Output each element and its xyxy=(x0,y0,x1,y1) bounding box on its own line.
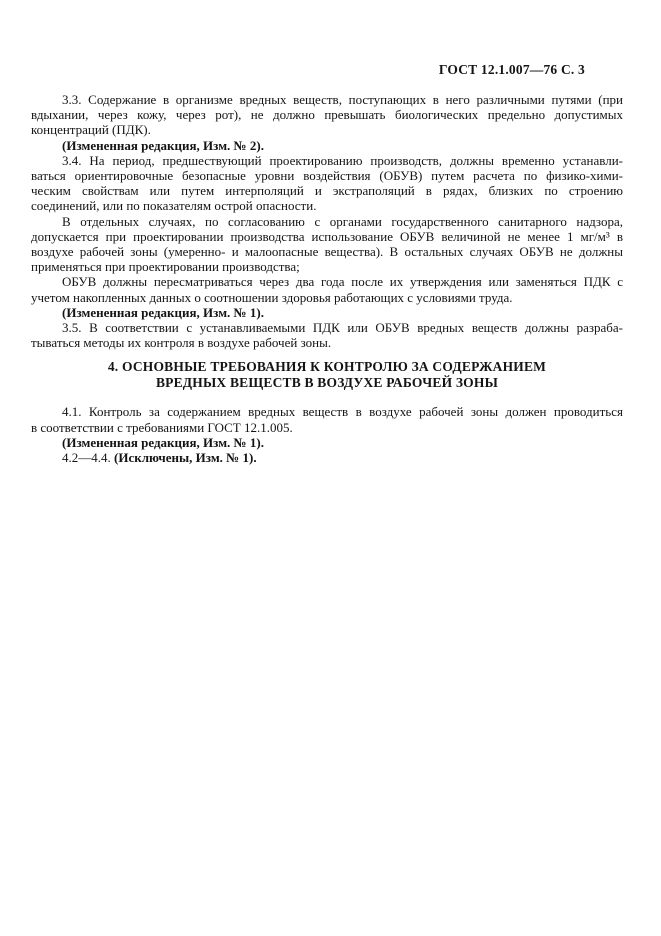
document-page: ГОСТ 12.1.007—76 С. 3 3.3. Содержание в … xyxy=(0,0,661,936)
paragraph-line: концентраций (ПДК). xyxy=(31,122,623,137)
amendment-note: (Измененная редакция, Изм. № 1). xyxy=(31,435,623,450)
paragraph-line: ческим свойствам или путем интерполяций … xyxy=(31,183,623,198)
amendment-note: (Измененная редакция, Изм. № 1). xyxy=(31,305,623,320)
amendment-note: (Измененная редакция, Изм. № 2). xyxy=(31,138,623,153)
paragraph-line: 3.3. Содержание в организме вредных веще… xyxy=(31,92,623,107)
paragraph-line: учетом накопленных данных о соотношении … xyxy=(31,290,623,305)
page-content: ГОСТ 12.1.007—76 С. 3 3.3. Содержание в … xyxy=(31,62,623,465)
paragraph-line: ОБУВ должны пересматриваться через два г… xyxy=(31,274,623,289)
paragraph-line: 4.1. Контроль за содержанием вредных вещ… xyxy=(31,404,623,419)
paragraph-line: применяться при проектировании производс… xyxy=(31,259,623,274)
page-header-doc-ref: ГОСТ 12.1.007—76 С. 3 xyxy=(31,62,623,78)
section-4-heading-line-2: ВРЕДНЫХ ВЕЩЕСТВ В ВОЗДУХЕ РАБОЧЕЙ ЗОНЫ xyxy=(31,375,623,391)
paragraph-line: соединений, или по показателям острой оп… xyxy=(31,198,623,213)
paragraph-line: 3.5. В соответствии с устанавливаемыми П… xyxy=(31,320,623,335)
paragraph-line: допускается при проектировании производс… xyxy=(31,229,623,244)
section-4-heading-line-1: 4. ОСНОВНЫЕ ТРЕБОВАНИЯ К КОНТРОЛЮ ЗА СОД… xyxy=(31,359,623,375)
paragraph-line: вдыхании, через кожу, через рот), не дол… xyxy=(31,107,623,122)
paragraph-line: В отдельных случаях, по согласованию с о… xyxy=(31,214,623,229)
paragraph-line: воздухе рабочей зоны (умеренно- и малооп… xyxy=(31,244,623,259)
paragraph-line: в соответствии с требованиями ГОСТ 12.1.… xyxy=(31,420,623,435)
section-4-heading: 4. ОСНОВНЫЕ ТРЕБОВАНИЯ К КОНТРОЛЮ ЗА СОД… xyxy=(31,359,623,390)
paragraph-line: тываться методы их контроля в воздухе ра… xyxy=(31,335,623,350)
excluded-items-line: 4.2—4.4. (Исключены, Изм. № 1). xyxy=(31,450,623,465)
excluded-items-number: 4.2—4.4. xyxy=(62,450,114,465)
paragraph-line: 3.4. На период, предшествующий проектиро… xyxy=(31,153,623,168)
excluded-items-label: (Исключены, Изм. № 1). xyxy=(114,450,257,465)
paragraph-line: ваться ориентировочные безопасные уровни… xyxy=(31,168,623,183)
